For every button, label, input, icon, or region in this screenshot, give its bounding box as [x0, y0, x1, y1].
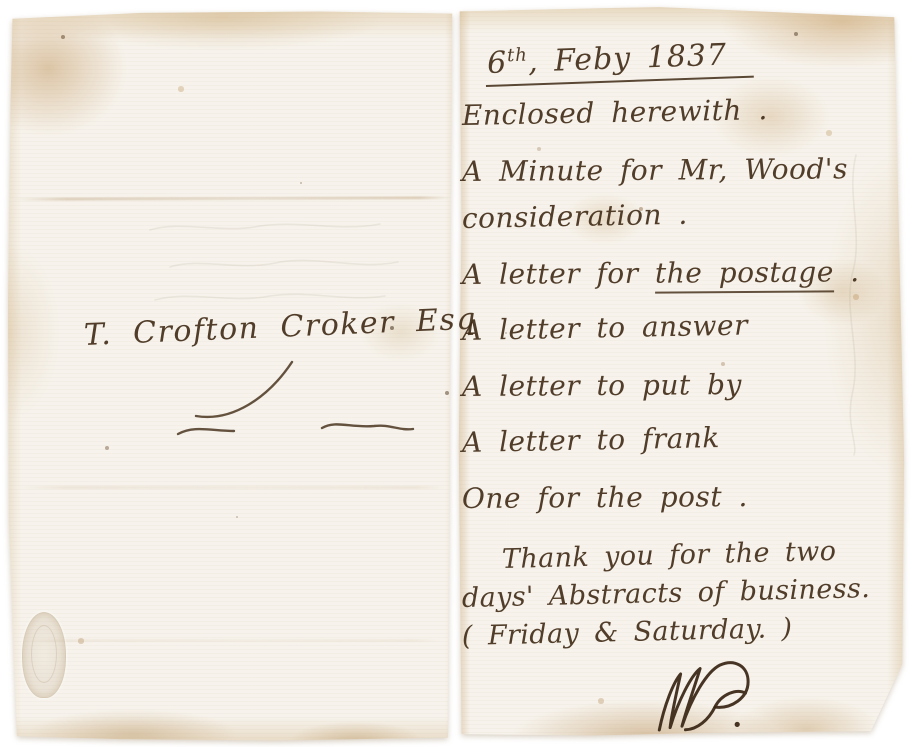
text-segment: A Minute for Mr, Wood's — [462, 152, 848, 188]
manuscript-line: Enclosed herewith . — [462, 91, 905, 139]
manuscript-line: A letter to answer — [462, 306, 905, 354]
scanned-letter: { "document_type": "handwritten letter, … — [0, 0, 913, 747]
enclosure-list: Enclosed herewith .A Minute for Mr, Wood… — [462, 99, 904, 538]
text-segment: One for the post . — [462, 480, 748, 515]
underlined-text: the postage — [655, 255, 834, 293]
text-segment: A letter to put by — [462, 368, 742, 403]
fold-crease — [16, 486, 446, 489]
manuscript-line: One for the post . — [462, 479, 904, 522]
address-flourish — [150, 360, 450, 450]
text-segment: A letter for — [462, 257, 655, 291]
text-segment: days' Abstracts of business. — [462, 573, 871, 614]
embossed-seal-icon — [22, 612, 66, 698]
manuscript-line: days' Abstracts of business. — [462, 572, 913, 616]
text-segment: consideration . — [462, 198, 688, 235]
text-segment: Enclosed herewith . — [462, 93, 768, 132]
manuscript-line: A Minute for Mr, Wood's — [462, 152, 904, 195]
manuscript-line: ( Friday & Saturday. ) — [462, 610, 913, 654]
text-segment: ( Friday & Saturday. ) — [462, 613, 793, 652]
manuscript-line: consideration . — [462, 194, 905, 242]
fold-crease — [18, 639, 442, 642]
closing-paragraph: Thank you for the twodays' Abstracts of … — [462, 545, 912, 659]
manuscript-line: A letter to frank — [462, 418, 905, 466]
foxing-specks — [0, 0, 2, 2]
text-segment: . — [834, 255, 860, 288]
text-segment: A letter to answer — [462, 309, 749, 347]
manuscript-line: A letter for the postage . — [462, 255, 904, 298]
text-segment: A letter to frank — [462, 421, 721, 459]
manuscript-line: A letter to put by — [462, 367, 904, 410]
